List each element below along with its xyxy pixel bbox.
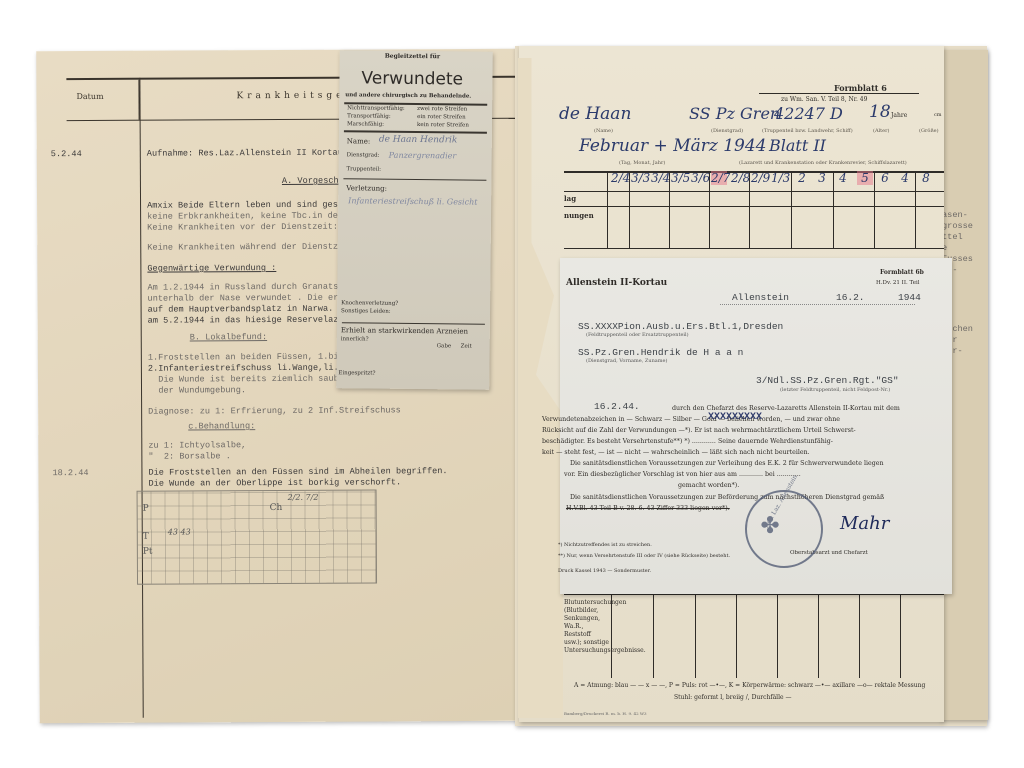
tag-name-handwritten: de Haan Hendrik (379, 135, 458, 146)
blood-tests-label: Blutuntersuchungen (Blutbilder, Senkunge… (564, 599, 609, 655)
signature: Mahr (840, 513, 889, 534)
cert-year: 1944 (898, 292, 921, 303)
form-ref: H.Dv. 21 II. Teil (876, 280, 920, 286)
unit-handwritten: 42247 D (774, 104, 843, 123)
form-id: Formblatt 6b (880, 269, 924, 276)
eagle-emblem-icon: ✤ (761, 506, 779, 543)
cert-date: 16.2. (836, 292, 865, 303)
tag-subtitle: und andere chirurgisch zu Behandelnde. (345, 92, 471, 99)
entry-text: Die Froststellen an den Füssen sind im A… (148, 466, 447, 479)
footnote: **) Nur, wenn Versehrtenstufe III oder I… (558, 553, 730, 559)
entry-date: 5.2.44 (51, 149, 82, 159)
patient-name-handwritten: de Haan (559, 104, 631, 124)
row-label-orders: nungen (564, 211, 594, 220)
treatment-heading: c.Behandlung: (188, 421, 255, 432)
sheet-handwritten: Blatt II (769, 136, 826, 155)
stool-legend: Stuhl: geformt l, breiig /, Durchfälle — (674, 694, 791, 701)
entry-text: Aufnahme: Res.Laz.Allenstein II Kortau, (147, 148, 348, 160)
printer-imprint: Bamberg/Druckerei R. m. b. H. 9. 42 W3 (564, 711, 647, 716)
history-line: Keine Krankheiten während der Dienstzeit (147, 242, 353, 254)
award-date: 16.2.44. (594, 401, 640, 412)
unit-line: SS.XXXXPion.Ausb.u.Ers.Btl.1,Dresden (578, 321, 783, 332)
current-wound-heading: Gegenwärtige Verwundung : (147, 263, 276, 275)
footnote: Druck Kassel 1943 — Sondermuster. (558, 568, 651, 574)
row-label-day: lag (564, 194, 576, 203)
datum-label: Datum (76, 92, 103, 101)
date-column-divider (139, 78, 143, 718)
chart-legend: A = Atmung: blau — — x — —, P = Puls: ro… (574, 682, 925, 689)
place: Allenstein (732, 292, 789, 303)
form-reference: zu Wm. San. V. Teil 8, Nr. 49 (781, 96, 867, 103)
treatment-line: " 2: Borsalbe . (148, 451, 231, 462)
footnote: *) Nichtzutreffendes ist zu streichen. (558, 542, 652, 548)
form-id: Formblatt 6 (834, 83, 887, 93)
wound-line: am 5.2.1944 in das hiesige Reservelazar (148, 315, 349, 327)
rank-handwritten: SS Pz Gren (689, 104, 780, 123)
tag-rank-handwritten: Panzergrenadier (389, 151, 457, 161)
finding-line: der Wundumgebung. (148, 385, 246, 397)
tag-injury-handwritten: Infanteriestreifschuß li. Gesicht (348, 196, 477, 206)
entry-text: Die Wunde an der Oberlippe ist borkig ve… (148, 477, 401, 489)
history-line: Keine Krankheiten vor der Dienstzeit: (147, 222, 338, 234)
vitals-grid-card: P T Pt Ch 2/2. 7/2 43 43 (137, 489, 377, 584)
period-handwritten: Februar + März 1944 (579, 136, 767, 156)
strikeout-stamp: XXXXXXXXX (708, 412, 762, 423)
casualty-tag: Begleitzettel für Verwundete und andere … (336, 50, 493, 390)
tag-title: Verwundete (361, 68, 463, 89)
drugs-heading: Erhielt an starkwirkenden Arzneien (341, 326, 468, 335)
field-unit: 3/Ndl.SS.Pz.Gren.Rgt."GS" (756, 375, 899, 386)
entry-date: 18.2.44 (52, 468, 88, 478)
treatment-line: zu 1: Ichtyolsalbe, (148, 440, 246, 452)
person-line: SS.Pz.Gren.Hendrik de H a a n (578, 347, 743, 358)
age-handwritten: 18 (869, 102, 891, 122)
diagnosis: Diagnose: zu 1: Erfrierung, zu 2 Inf.Str… (148, 405, 401, 417)
tag-top: Begleitzettel für (385, 53, 440, 61)
section-b-heading: B. Lokalbefund: (190, 332, 267, 343)
hospital-header: Allenstein II-Kortau (566, 278, 667, 288)
hospital-eagle-stamp: Res. Laz. Allenstein ✤ (745, 490, 823, 568)
